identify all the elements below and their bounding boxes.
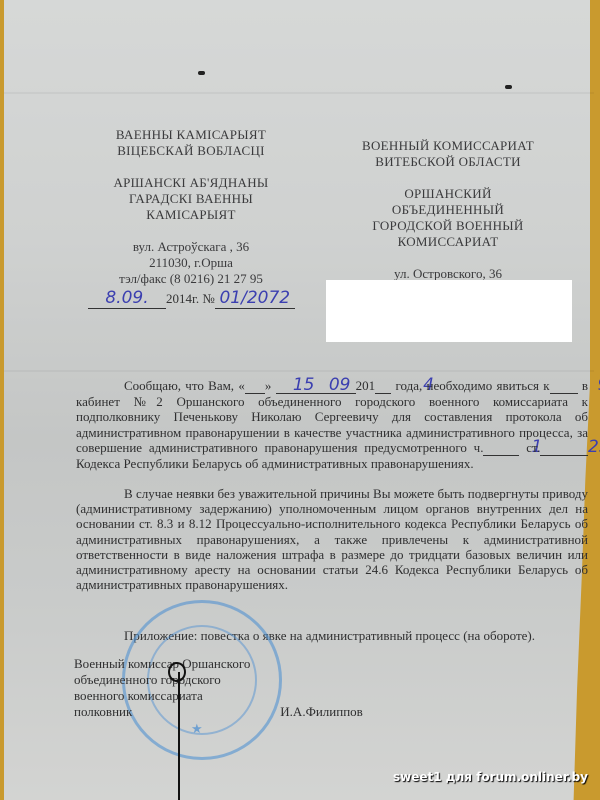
outgoing-year: 2014г. № <box>166 291 215 306</box>
unit-line: ГОРОДСКОЙ ВОЕННЫЙ <box>348 218 548 234</box>
redaction-block <box>326 280 572 342</box>
appointment-day: 15 <box>245 378 265 394</box>
signature-scribble <box>168 662 186 682</box>
appointment-month: 09 <box>276 378 356 394</box>
org-line: ВИТЕБСКОЙ ОБЛАСТИ <box>348 154 548 170</box>
signatory-title: объединенного городского <box>74 672 363 688</box>
watermark: sweet1 для forum.onliner.by <box>393 770 588 784</box>
punch-mark <box>505 85 512 89</box>
stamp-star-icon: ★ <box>191 721 203 737</box>
left-letterhead: ВАЕННЫ КАМІСАРЫЯТ ВІЦЕБСКАЙ ВОБЛАСЦІ АРШ… <box>96 127 286 287</box>
signatory-title: военного комиссариата <box>74 688 363 704</box>
text: ст. <box>526 440 540 455</box>
signatory-name: И.А.Филиппов <box>280 704 363 719</box>
unit-line: ГАРАДСКІ ВАЕННЫ <box>96 191 286 207</box>
org-line: ВІЦЕБСКАЙ ВОБЛАСЦІ <box>96 143 286 159</box>
law-part: 1 <box>483 440 519 456</box>
unit-line: АРШАНСКІ АБ'ЯДНАНЫ <box>96 175 286 191</box>
text: года, необходимо явиться к <box>391 378 549 393</box>
unit-line: КАМІСАРЫЯТ <box>96 207 286 223</box>
consequences-text: В случае неявки без уважительной причины… <box>76 486 588 592</box>
consequences-paragraph: В случае неявки без уважительной причины… <box>76 486 588 592</box>
text: 201 <box>356 378 376 393</box>
pen-line <box>178 672 180 800</box>
summons-paragraph: Сообщаю, что Вам, «15» 092014 года, необ… <box>76 378 588 471</box>
law-article: 25.8 <box>540 440 588 456</box>
outgoing-reference: 8.09.2014г. №01/2072 <box>88 288 295 309</box>
signatory-rank: полковник <box>74 704 132 719</box>
address-line: 211030, г.Орша <box>96 255 286 271</box>
signature-block: Военный комиссар Оршанского объединенног… <box>74 656 363 720</box>
address-line: тэл/факс (8 0216) 21 27 95 <box>96 271 286 287</box>
text: Сообщаю, что Вам, « <box>124 378 245 393</box>
appointment-time: 9.00 <box>550 378 578 394</box>
org-line: ВОЕННЫЙ КОМИССАРИАТ <box>348 138 548 154</box>
punch-mark <box>198 71 205 75</box>
text: Кодекса Республики Беларусь об администр… <box>76 456 474 471</box>
appointment-year-digit: 4 <box>375 378 391 394</box>
signatory-title: Военный комиссар Оршанского <box>74 656 363 672</box>
outgoing-number: 01/2072 <box>215 288 295 309</box>
paper-fold <box>4 92 594 94</box>
outgoing-date: 8.09. <box>88 288 166 309</box>
text: » <box>265 378 272 393</box>
org-line: ВАЕННЫ КАМІСАРЫЯТ <box>96 127 286 143</box>
paper-fold <box>4 370 594 372</box>
address-line: вул. Астроўскага , 36 <box>96 239 286 255</box>
unit-line: ОРШАНСКИЙ ОБЪЕДИНЕННЫЙ <box>348 186 548 218</box>
unit-line: КОМИССАРИАТ <box>348 234 548 250</box>
